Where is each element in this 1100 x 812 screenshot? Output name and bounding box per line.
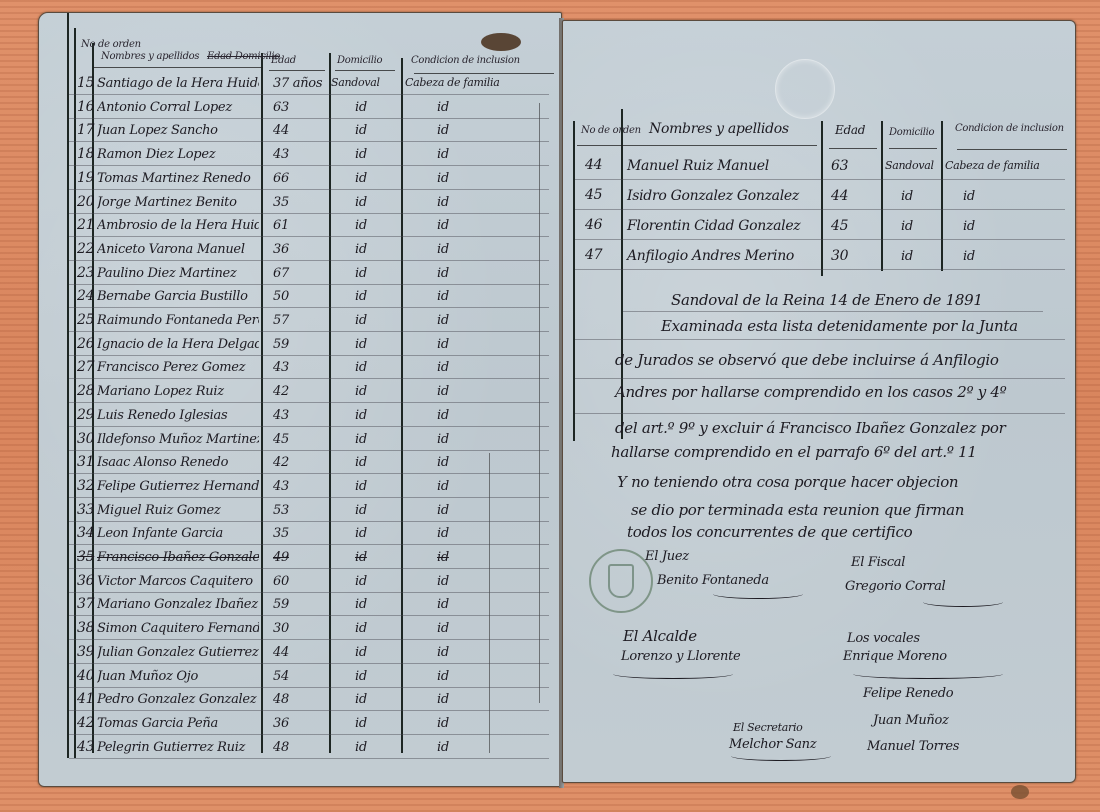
juror-age: 35 [273, 526, 289, 541]
juror-domicile: id [355, 455, 367, 470]
juror-age: 53 [273, 503, 289, 518]
juror-domicile: id [355, 266, 367, 281]
juror-name: Manuel Ruiz Manuel [627, 158, 769, 174]
ruled-line [69, 141, 549, 142]
alcalde-title: El Alcalde [623, 627, 697, 645]
juror-age: 63 [831, 158, 848, 174]
juror-name: Leon Infante Garcia [97, 526, 259, 541]
juror-domicile: id [355, 479, 367, 494]
row-number: 26 [77, 336, 94, 352]
right-page: No de orden Nombres y apellidos Edad Dom… [562, 20, 1076, 783]
paper-stain [1011, 785, 1029, 799]
row-number: 40 [77, 668, 94, 684]
header-underline [269, 70, 325, 71]
row-number: 45 [585, 187, 602, 203]
juror-condition: id [437, 645, 449, 660]
vocal-2-signature: Felipe Renedo [863, 686, 953, 701]
juror-condition: id [963, 219, 975, 234]
ruled-line [69, 118, 549, 119]
juror-age: 59 [273, 337, 289, 352]
header-underline [577, 145, 817, 146]
row-number: 43 [77, 739, 94, 755]
row-number: 31 [77, 454, 94, 470]
juror-age: 57 [273, 313, 289, 328]
ruled-line [69, 426, 549, 427]
margin-rule [67, 13, 69, 758]
row-number: 25 [77, 312, 94, 328]
ruled-line [69, 307, 549, 308]
juror-age: 48 [273, 692, 289, 707]
ruled-line [575, 339, 1065, 340]
juror-domicile: id [355, 360, 367, 375]
juror-domicile: id [355, 218, 367, 233]
juror-age: 48 [273, 740, 289, 755]
row-number: 21 [77, 217, 94, 233]
juror-name: Tomas Garcia Peña [97, 716, 259, 731]
prose-line-3: Andres por hallarse comprendido en los c… [615, 383, 1006, 401]
juror-name: Florentin Cidad Gonzalez [627, 218, 800, 234]
juror-condition: id [437, 716, 449, 731]
juror-name: Pelegrin Gutierrez Ruiz [97, 740, 259, 755]
juror-name: Francisco Ibañez Gonzalez [97, 550, 259, 565]
ruled-line [575, 209, 1065, 210]
row-number: 27 [77, 359, 94, 375]
juror-condition: id [437, 503, 449, 518]
juror-age: 59 [273, 597, 289, 612]
juror-age: 43 [273, 360, 289, 375]
juror-age: 43 [273, 408, 289, 423]
vocal-1-signature: Enrique Moreno [843, 649, 947, 664]
juror-domicile: id [901, 249, 913, 264]
juror-name: Tomas Martinez Renedo [97, 171, 259, 186]
signature-flourish [853, 669, 1003, 679]
header-name-struck: Edad Domicilio [207, 51, 280, 62]
juror-age: 42 [273, 384, 289, 399]
header-underline [414, 73, 554, 74]
juror-condition: id [437, 574, 449, 589]
secretario-signature: Melchor Sanz [729, 737, 816, 752]
row-number: 18 [77, 146, 94, 162]
ruled-line [69, 639, 549, 640]
row-number: 44 [585, 157, 602, 173]
juror-name: Ildefonso Muñoz Martinez [97, 432, 259, 447]
fiscal-signature: Gregorio Corral [845, 579, 945, 594]
header-age: Edad [835, 123, 865, 137]
juror-condition: id [963, 249, 975, 264]
juror-name: Luis Renedo Iglesias [97, 408, 259, 423]
juror-domicile: id [355, 740, 367, 755]
juror-condition: id [437, 289, 449, 304]
ruled-line [69, 355, 549, 356]
juror-age: 36 [273, 716, 289, 731]
vocal-4-signature: Manuel Torres [867, 739, 959, 754]
alcalde-signature: Lorenzo y Llorente [621, 649, 740, 664]
juror-domicile: id [355, 669, 367, 684]
ruled-line [69, 94, 549, 95]
juror-domicile: id [355, 716, 367, 731]
ruled-line [69, 710, 549, 711]
juror-domicile: id [355, 408, 367, 423]
juror-name: Bernabe Garcia Bustillo [97, 289, 259, 304]
juror-age: 43 [273, 147, 289, 162]
prose-line-7: se dio por terminada esta reunion que fi… [631, 501, 964, 519]
juror-age: 42 [273, 455, 289, 470]
ruled-line [69, 260, 549, 261]
row-number: 33 [77, 502, 94, 518]
juror-name: Mariano Lopez Ruiz [97, 384, 259, 399]
juez-signature: Benito Fontaneda [657, 573, 769, 588]
signature-flourish [923, 597, 1003, 607]
ruled-line [575, 378, 1065, 379]
juror-age: 50 [273, 289, 289, 304]
juror-name: Juan Muñoz Ojo [97, 669, 259, 684]
ruled-line [69, 687, 549, 688]
row-number: 23 [77, 265, 94, 281]
juror-age: 54 [273, 669, 289, 684]
ruled-line [623, 311, 1043, 312]
row-number: 41 [77, 691, 94, 707]
juror-age: 66 [273, 171, 289, 186]
row-number: 37 [77, 596, 94, 612]
juror-domicile: id [355, 171, 367, 186]
left-page: No de orden Nombres y apellidos Edad Dom… [38, 12, 562, 787]
juror-name: Pedro Gonzalez Gonzalez [97, 692, 259, 707]
header-condition: Condicion de inclusion [411, 55, 520, 66]
row-number: 42 [77, 715, 94, 731]
header-condition: Condicion de inclusion [955, 123, 1065, 134]
ruled-line [575, 239, 1065, 240]
juror-condition: Cabeza de familia [405, 76, 500, 89]
juror-domicile: id [355, 692, 367, 707]
juror-age: 35 [273, 195, 289, 210]
fiscal-title: El Fiscal [851, 555, 905, 570]
juror-domicile: id [901, 189, 913, 204]
juror-condition: id [437, 432, 449, 447]
juror-age: 43 [273, 479, 289, 494]
juror-condition: id [437, 242, 449, 257]
juror-age: 30 [831, 248, 848, 264]
juror-condition: id [437, 337, 449, 352]
row-number: 15 [77, 75, 94, 91]
juror-name: Raimundo Fontaneda Perez [97, 313, 259, 328]
juror-age: 44 [831, 188, 848, 204]
row-number: 24 [77, 288, 94, 304]
ruled-line [69, 758, 549, 759]
row-number: 16 [77, 99, 94, 115]
juror-condition: id [437, 384, 449, 399]
row-number: 46 [585, 217, 602, 233]
prose-line-4: del art.º 9º y excluir á Francisco Ibañe… [615, 419, 1005, 437]
juror-age: 49 [273, 550, 289, 565]
juror-name: Mariano Gonzalez Ibañez [97, 597, 259, 612]
juror-domicile: id [355, 574, 367, 589]
juror-name: Isaac Alonso Renedo [97, 455, 259, 470]
ruled-line [69, 497, 549, 498]
ruled-line [69, 165, 549, 166]
juror-name: Santiago de la Hera Huidobro [97, 76, 259, 91]
embossed-seal-icon [775, 59, 835, 119]
juror-age: 30 [273, 621, 289, 636]
juror-condition: id [437, 692, 449, 707]
header-age: Edad [271, 55, 296, 66]
juror-condition: id [437, 550, 449, 565]
juror-domicile: id [355, 289, 367, 304]
juror-condition: id [437, 218, 449, 233]
juror-age: 67 [273, 266, 289, 281]
row-number: 38 [77, 620, 94, 636]
municipal-seal-icon [589, 549, 653, 613]
juror-domicile: id [355, 123, 367, 138]
juror-condition: id [437, 479, 449, 494]
juror-domicile: id [901, 219, 913, 234]
ruled-line [69, 663, 549, 664]
juror-domicile: id [355, 645, 367, 660]
juror-domicile: id [355, 550, 367, 565]
juror-name: Simon Caquitero Fernandez [97, 621, 259, 636]
juror-domicile: id [355, 100, 367, 115]
row-number: 35 [77, 549, 94, 565]
coat-of-arms-icon [608, 564, 634, 598]
ruled-line [69, 521, 549, 522]
juror-name: Miguel Ruiz Gomez [97, 503, 259, 518]
signature-flourish [713, 589, 803, 599]
juror-name: Ignacio de la Hera Delgado [97, 337, 259, 352]
juror-condition: id [437, 171, 449, 186]
header-number: No de orden [581, 125, 641, 136]
juror-condition: id [437, 195, 449, 210]
signature-flourish [731, 751, 831, 761]
juror-condition: id [437, 123, 449, 138]
row-number: 17 [77, 122, 94, 138]
juror-condition: id [437, 147, 449, 162]
vocales-title: Los vocales [847, 631, 920, 646]
juror-name: Isidro Gonzalez Gonzalez [627, 188, 799, 204]
ruled-line [69, 450, 549, 451]
row-number: 19 [77, 170, 94, 186]
juror-condition: id [437, 360, 449, 375]
header-domicile: Domicilio [337, 55, 382, 66]
juror-domicile: id [355, 147, 367, 162]
row-number: 22 [77, 241, 94, 257]
juror-name: Juan Lopez Sancho [97, 123, 259, 138]
juror-age: 61 [273, 218, 289, 233]
ruled-line [69, 402, 549, 403]
header-underline [889, 148, 937, 149]
ruled-line [69, 568, 549, 569]
juror-name: Ambrosio de la Hera Huidobro [97, 218, 259, 233]
juror-domicile: id [355, 313, 367, 328]
juror-condition: id [963, 189, 975, 204]
juror-domicile: id [355, 384, 367, 399]
header-underline [829, 148, 877, 149]
row-number: 32 [77, 478, 94, 494]
juror-condition: id [437, 669, 449, 684]
juror-age: 36 [273, 242, 289, 257]
juror-domicile: id [355, 242, 367, 257]
prose-line-8: todos los concurrentes de que certifico [627, 523, 912, 541]
juror-domicile: Sandoval [885, 159, 934, 172]
margin-rule [573, 121, 575, 441]
header-underline [335, 70, 395, 71]
row-number: 36 [77, 573, 94, 589]
ruled-line [69, 615, 549, 616]
header-name: Nombres y apellidos [649, 121, 789, 137]
ruled-line [69, 213, 549, 214]
juror-age: 60 [273, 574, 289, 589]
juror-condition: id [437, 621, 449, 636]
ruled-line [575, 413, 1065, 414]
vocal-3-signature: Juan Muñoz [873, 713, 949, 728]
place-date-line: Sandoval de la Reina 14 de Enero de 1891 [671, 291, 983, 309]
prose-line-6: Y no teniendo otra cosa porque hacer obj… [617, 473, 958, 491]
juror-name: Paulino Diez Martinez [97, 266, 259, 281]
ruled-line [69, 236, 549, 237]
juror-domicile: id [355, 503, 367, 518]
juror-domicile: id [355, 337, 367, 352]
juror-name: Aniceto Varona Manuel [97, 242, 259, 257]
row-number: 20 [77, 194, 94, 210]
ruled-line [69, 592, 549, 593]
domicile-column-rule [941, 121, 943, 271]
row-number: 29 [77, 407, 94, 423]
juror-condition: id [437, 408, 449, 423]
row-number: 28 [77, 383, 94, 399]
juror-condition: id [437, 597, 449, 612]
juror-name: Felipe Gutierrez Hernando [97, 479, 259, 494]
juez-title: El Juez [645, 549, 689, 564]
juror-condition: id [437, 313, 449, 328]
juror-name: Francisco Perez Gomez [97, 360, 259, 375]
ruled-line [69, 473, 549, 474]
juror-age: 37 años [273, 76, 322, 91]
juror-name: Ramon Diez Lopez [97, 147, 259, 162]
juror-domicile: Sandoval [331, 76, 380, 89]
juror-age: 45 [273, 432, 289, 447]
juror-name: Antonio Corral Lopez [97, 100, 259, 115]
juror-condition: id [437, 740, 449, 755]
faint-rule [489, 453, 490, 753]
ruled-line [69, 378, 549, 379]
margin-rule [74, 28, 76, 758]
header-number: No de orden [81, 39, 141, 50]
juror-name: Victor Marcos Caquitero [97, 574, 259, 589]
header-name: Nombres y apellidos [101, 51, 199, 62]
ruled-line [69, 331, 549, 332]
juror-name: Anfilogio Andres Merino [627, 248, 794, 264]
signature-flourish [613, 669, 733, 679]
juror-condition: id [437, 100, 449, 115]
juror-domicile: id [355, 597, 367, 612]
row-number: 47 [585, 247, 602, 263]
ruled-line [69, 284, 549, 285]
juror-age: 44 [273, 123, 289, 138]
ruled-line [575, 179, 1065, 180]
juror-domicile: id [355, 195, 367, 210]
juror-domicile: id [355, 526, 367, 541]
prose-line-5: hallarse comprendido en el parrafo 6º de… [611, 443, 977, 461]
ruled-line [69, 189, 549, 190]
header-underline [957, 149, 1067, 150]
juror-name: Jorge Martinez Benito [97, 195, 259, 210]
juror-condition: Cabeza de familia [945, 159, 1040, 172]
secretario-title: El Secretario [733, 721, 803, 734]
ink-stain [481, 33, 521, 51]
juror-name: Julian Gonzalez Gutierrez [97, 645, 259, 660]
juror-condition: id [437, 455, 449, 470]
age-column-rule [881, 121, 883, 271]
row-number: 30 [77, 431, 94, 447]
juror-condition: id [437, 266, 449, 281]
juror-domicile: id [355, 432, 367, 447]
domicile-column-rule [401, 58, 403, 753]
name-column-rule [821, 121, 823, 276]
prose-line-1: Examinada esta lista detenidamente por l… [661, 317, 1018, 335]
ruled-line [69, 734, 549, 735]
header-underline [93, 67, 263, 68]
juror-domicile: id [355, 621, 367, 636]
juror-condition: id [437, 526, 449, 541]
juror-age: 44 [273, 645, 289, 660]
header-domicile: Domicilio [889, 127, 934, 138]
ruled-line [69, 544, 549, 545]
ruled-line [575, 269, 1065, 270]
juror-age: 63 [273, 100, 289, 115]
row-number: 39 [77, 644, 94, 660]
juror-age: 45 [831, 218, 848, 234]
prose-line-2: de Jurados se observó que debe incluirse… [615, 351, 999, 369]
row-number: 34 [77, 525, 94, 541]
